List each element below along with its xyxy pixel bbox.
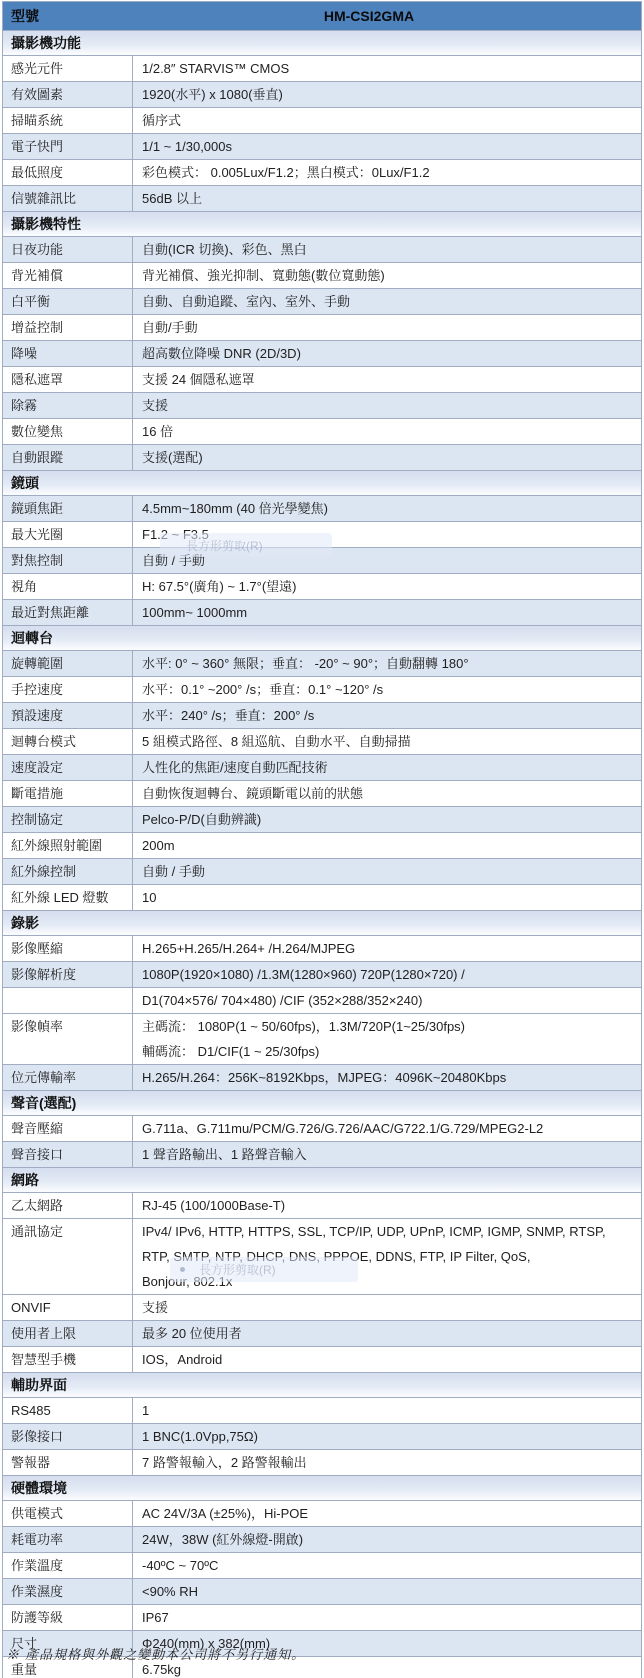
spec-row: 影像壓縮H.265+H.265/H.264+ /H.264/MJPEG [3,936,641,962]
section-title: 攝影機特性 [3,214,81,234]
spec-label: 速度設定 [3,755,133,780]
table-header-row: 型號 HM-CSI2GMA [3,2,641,31]
section-title: 聲音(選配) [3,1093,76,1113]
section-title: 輔助界面 [3,1375,67,1395]
spec-value: IP67 [133,1605,641,1630]
spec-label: 有效圖素 [3,82,133,107]
spec-label: 聲音接口 [3,1142,133,1167]
spec-row: 供電模式AC 24V/3A (±25%)，Hi-POE [3,1501,641,1527]
spec-value: 自動 / 手動 [133,859,641,884]
spec-row: 掃瞄系統循序式 [3,108,641,134]
spec-row: 影像接口1 BNC(1.0Vpp,75Ω) [3,1424,641,1450]
spec-value: H.265/H.264：256K~8192Kbps，MJPEG：4096K~20… [133,1065,641,1090]
spec-row: 預設速度水平：240° /s；垂直：200° /s [3,703,641,729]
spec-label: 影像解析度 [3,962,133,987]
spec-value: 7 路警報輸入，2 路警報輸出 [133,1450,641,1475]
spec-row: 智慧型手機IOS，Android [3,1347,641,1373]
spec-value: 水平：240° /s；垂直：200° /s [133,703,641,728]
spec-label: 作業濕度 [3,1579,133,1604]
spec-label: 使用者上限 [3,1321,133,1346]
spec-row: 數位變焦16 倍 [3,419,641,445]
spec-value: Pelco-P/D(自動辨識) [133,807,641,832]
spec-row: 乙太網路RJ-45 (100/1000Base-T) [3,1193,641,1219]
spec-value: 5 組模式路徑、8 組巡航、自動水平、自動掃描 [133,729,641,754]
spec-value: 56dB 以上 [133,186,641,211]
spec-value: AC 24V/3A (±25%)，Hi-POE [133,1501,641,1526]
spec-label: 手控速度 [3,677,133,702]
spec-label: 聲音壓縮 [3,1116,133,1141]
spec-value: G.711a、G.711mu/PCM/G.726/G.726/AAC/G722.… [133,1116,641,1141]
spec-value: 1920(水平) x 1080(垂直) [133,82,641,107]
spec-label: 防護等級 [3,1605,133,1630]
spec-label: 感光元件 [3,56,133,81]
spec-label [3,988,133,1013]
spec-label: 最近對焦距離 [3,600,133,625]
spec-value: IOS，Android [133,1347,641,1372]
spec-row: 耗電功率24W，38W (紅外線燈-開啟) [3,1527,641,1553]
spec-value: F1.2 ~ F3.5 [133,522,641,547]
spec-label: 紅外線照射範圍 [3,833,133,858]
spec-row: 白平衡自動、自動追蹤、室內、室外、手動 [3,289,641,315]
spec-label: 影像接口 [3,1424,133,1449]
spec-row: 控制協定Pelco-P/D(自動辨識) [3,807,641,833]
spec-row: 迴轉台模式5 組模式路徑、8 組巡航、自動水平、自動掃描 [3,729,641,755]
spec-row: 紅外線照射範圍200m [3,833,641,859]
spec-label: 信號雜訊比 [3,186,133,211]
spec-value: 100mm~ 1000mm [133,600,641,625]
section-title: 網路 [3,1170,39,1190]
spec-row: 影像解析度1080P(1920×1080) /1.3M(1280×960) 72… [3,962,641,988]
spec-value: 主碼流： 1080P(1 ~ 50/60fps)，1.3M/720P(1~25/… [133,1014,641,1064]
section-header: 迴轉台 [3,626,641,651]
spec-row: 作業濕度<90% RH [3,1579,641,1605]
spec-value: D1(704×576/ 704×480) /CIF (352×288/352×2… [133,988,641,1013]
spec-label: 背光補償 [3,263,133,288]
spec-value: 循序式 [133,108,641,133]
spec-label: 影像壓縮 [3,936,133,961]
spec-label: 斷電措施 [3,781,133,806]
spec-label: 供電模式 [3,1501,133,1526]
section-title: 硬體環境 [3,1478,67,1498]
spec-row: 最低照度彩色模式： 0.005Lux/F1.2；黑白模式：0Lux/F1.2 [3,160,641,186]
spec-value: 1 [133,1398,641,1423]
spec-value: 1080P(1920×1080) /1.3M(1280×960) 720P(12… [133,962,641,987]
spec-row: 使用者上限最多 20 位使用者 [3,1321,641,1347]
spec-label: 通訊協定 [3,1219,133,1294]
spec-label: 數位變焦 [3,419,133,444]
spec-value: 支援 24 個隱私遮罩 [133,367,641,392]
spec-row: D1(704×576/ 704×480) /CIF (352×288/352×2… [3,988,641,1014]
spec-row: 通訊協定IPv4/ IPv6, HTTP, HTTPS, SSL, TCP/IP… [3,1219,641,1295]
spec-row: 紅外線 LED 燈數10 [3,885,641,911]
spec-label: 自動跟蹤 [3,445,133,470]
spec-row: 作業溫度-40ºC ~ 70ºC [3,1553,641,1579]
spec-value: 10 [133,885,641,910]
spec-label: 迴轉台模式 [3,729,133,754]
spec-row: 旋轉範圍水平: 0° ~ 360° 無限；垂直： -20° ~ 90°；自動翻轉… [3,651,641,677]
spec-label: 電子快門 [3,134,133,159]
spec-label: 增益控制 [3,315,133,340]
spec-label: 掃瞄系統 [3,108,133,133]
spec-label: 智慧型手機 [3,1347,133,1372]
spec-value: 超高數位降噪 DNR (2D/3D) [133,341,641,366]
spec-row: 信號雜訊比56dB 以上 [3,186,641,212]
spec-row: 日夜功能自動(ICR 切換)、彩色、黑白 [3,237,641,263]
spec-label: 日夜功能 [3,237,133,262]
spec-row: 增益控制自動/手動 [3,315,641,341]
spec-value: 1 BNC(1.0Vpp,75Ω) [133,1424,641,1449]
spec-label: 位元傳輸率 [3,1065,133,1090]
spec-row: 位元傳輸率H.265/H.264：256K~8192Kbps，MJPEG：409… [3,1065,641,1091]
spec-value: 4.5mm~180mm (40 倍光學變焦) [133,496,641,521]
spec-row: 聲音壓縮G.711a、G.711mu/PCM/G.726/G.726/AAC/G… [3,1116,641,1142]
spec-value: IPv4/ IPv6, HTTP, HTTPS, SSL, TCP/IP, UD… [133,1219,641,1294]
section-header: 硬體環境 [3,1476,641,1501]
spec-row: 聲音接口1 聲音路輸出、1 路聲音輸入 [3,1142,641,1168]
spec-row: 最近對焦距離100mm~ 1000mm [3,600,641,626]
spec-table: 型號 HM-CSI2GMA 攝影機功能感光元件1/2.8″ STARVIS™ C… [2,1,642,1678]
spec-row: 自動跟蹤支援(選配) [3,445,641,471]
spec-row: 視角H: 67.5°(廣角) ~ 1.7°(望遠) [3,574,641,600]
spec-label: 最低照度 [3,160,133,185]
spec-label: 除霧 [3,393,133,418]
spec-label: 影像幀率 [3,1014,133,1064]
spec-label: 警報器 [3,1450,133,1475]
section-title: 鏡頭 [3,473,39,493]
spec-row: ONVIF支援 [3,1295,641,1321]
spec-value: 200m [133,833,641,858]
spec-row: 感光元件1/2.8″ STARVIS™ CMOS [3,56,641,82]
spec-label: 耗電功率 [3,1527,133,1552]
spec-value: 自動 / 手動 [133,548,641,573]
spec-row: 有效圖素1920(水平) x 1080(垂直) [3,82,641,108]
spec-row: 警報器7 路警報輸入，2 路警報輸出 [3,1450,641,1476]
spec-row: RS4851 [3,1398,641,1424]
spec-row: 紅外線控制自動 / 手動 [3,859,641,885]
spec-value: 彩色模式： 0.005Lux/F1.2；黑白模式：0Lux/F1.2 [133,160,641,185]
spec-label: 紅外線控制 [3,859,133,884]
spec-row: 對焦控制自動 / 手動 [3,548,641,574]
section-header: 錄影 [3,911,641,936]
spec-value: 24W，38W (紅外線燈-開啟) [133,1527,641,1552]
spec-value: 最多 20 位使用者 [133,1321,641,1346]
spec-label: 降噪 [3,341,133,366]
footer-note: ※ 產品規格與外觀之變動本公司將不另行通知。 [6,1644,305,1663]
spec-value: RJ-45 (100/1000Base-T) [133,1193,641,1218]
section-header: 鏡頭 [3,471,641,496]
spec-value: 支援(選配) [133,445,641,470]
section-title: 錄影 [3,913,39,933]
spec-value: 支援 [133,1295,641,1320]
spec-row: 速度設定人性化的焦距/速度自動匹配技術 [3,755,641,781]
spec-value: 1/1 ~ 1/30,000s [133,134,641,159]
spec-value: 16 倍 [133,419,641,444]
spec-row: 電子快門1/1 ~ 1/30,000s [3,134,641,160]
spec-label: 控制協定 [3,807,133,832]
section-header: 輔助界面 [3,1373,641,1398]
spec-row: 最大光圈F1.2 ~ F3.5 [3,522,641,548]
spec-label: 白平衡 [3,289,133,314]
spec-label: 乙太網路 [3,1193,133,1218]
spec-row: 降噪超高數位降噪 DNR (2D/3D) [3,341,641,367]
section-title: 攝影機功能 [3,33,81,53]
model-value: HM-CSI2GMA [133,8,641,24]
section-header: 攝影機功能 [3,31,641,56]
spec-value: <90% RH [133,1579,641,1604]
spec-row: 隱私遮罩支援 24 個隱私遮罩 [3,367,641,393]
sections-root: 攝影機功能感光元件1/2.8″ STARVIS™ CMOS有效圖素1920(水平… [3,31,641,1678]
spec-value: 自動、自動追蹤、室內、室外、手動 [133,289,641,314]
spec-label: 鏡頭焦距 [3,496,133,521]
spec-value: 自動恢復迴轉台、鏡頭斷電以前的狀態 [133,781,641,806]
spec-label: 旋轉範圍 [3,651,133,676]
spec-row: 背光補償背光補償、強光抑制、寬動態(數位寬動態) [3,263,641,289]
spec-value: 人性化的焦距/速度自動匹配技術 [133,755,641,780]
spec-value: 水平：0.1° ~200° /s；垂直：0.1° ~120° /s [133,677,641,702]
section-header: 網路 [3,1168,641,1193]
section-title: 迴轉台 [3,628,53,648]
section-header: 聲音(選配) [3,1091,641,1116]
spec-row: 鏡頭焦距4.5mm~180mm (40 倍光學變焦) [3,496,641,522]
spec-label: 作業溫度 [3,1553,133,1578]
spec-label: 紅外線 LED 燈數 [3,885,133,910]
spec-row: 手控速度水平：0.1° ~200° /s；垂直：0.1° ~120° /s [3,677,641,703]
spec-label: 視角 [3,574,133,599]
spec-row: 防護等級IP67 [3,1605,641,1631]
spec-label: 隱私遮罩 [3,367,133,392]
spec-label: 最大光圈 [3,522,133,547]
spec-value: 1/2.8″ STARVIS™ CMOS [133,56,641,81]
spec-label: RS485 [3,1398,133,1423]
spec-value: -40ºC ~ 70ºC [133,1553,641,1578]
spec-row: 斷電措施自動恢復迴轉台、鏡頭斷電以前的狀態 [3,781,641,807]
spec-value: 支援 [133,393,641,418]
spec-value: H: 67.5°(廣角) ~ 1.7°(望遠) [133,574,641,599]
model-label: 型號 [3,4,133,29]
section-header: 攝影機特性 [3,212,641,237]
spec-row: 除霧支援 [3,393,641,419]
spec-value: 自動/手動 [133,315,641,340]
spec-row: 影像幀率主碼流： 1080P(1 ~ 50/60fps)，1.3M/720P(1… [3,1014,641,1065]
spec-value: 水平: 0° ~ 360° 無限；垂直： -20° ~ 90°；自動翻轉 180… [133,651,641,676]
spec-value: 1 聲音路輸出、1 路聲音輸入 [133,1142,641,1167]
spec-value: H.265+H.265/H.264+ /H.264/MJPEG [133,936,641,961]
spec-value: 自動(ICR 切換)、彩色、黑白 [133,237,641,262]
spec-label: 對焦控制 [3,548,133,573]
spec-label: ONVIF [3,1295,133,1320]
spec-label: 預設速度 [3,703,133,728]
spec-value: 背光補償、強光抑制、寬動態(數位寬動態) [133,263,641,288]
